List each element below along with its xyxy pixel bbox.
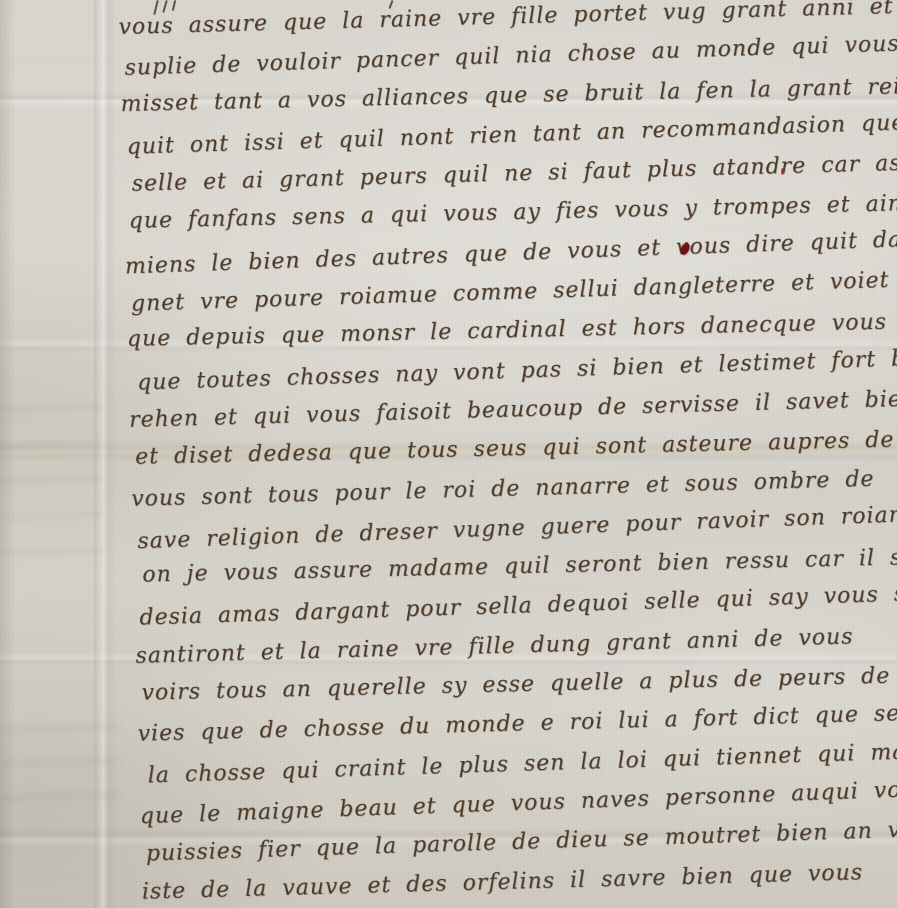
ink-bleedthrough-smudge	[0, 40, 90, 110]
red-ink-speck	[781, 168, 784, 175]
manuscript-text-block: vous assure que la raine vre fille porte…	[118, 0, 897, 908]
vertical-fold-line	[94, 0, 116, 908]
manuscript-photo: vous assure que la raine vre fille porte…	[0, 0, 897, 908]
paper-edge-shadow	[0, 0, 16, 908]
ink-bleedthrough-smudge	[0, 716, 118, 812]
ink-bleedthrough-smudge	[0, 392, 104, 568]
